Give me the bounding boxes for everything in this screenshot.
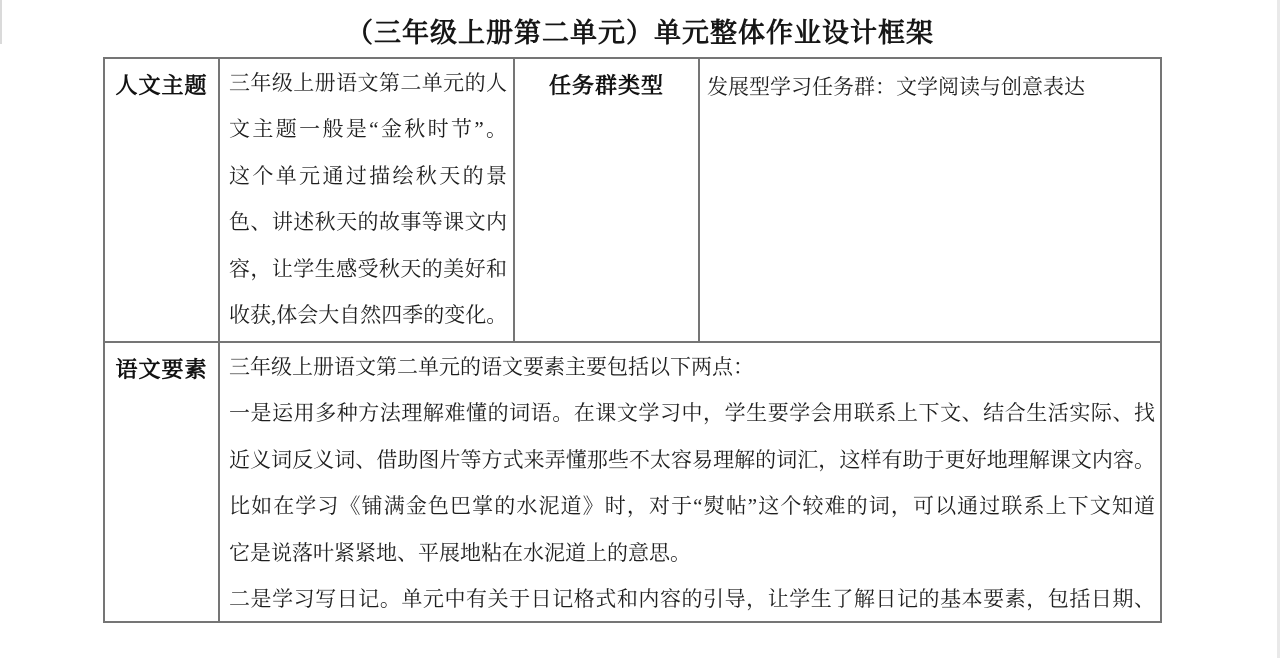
- text-line: 近义词反义词、借助图片等方式来弄懂那些不太容易理解的词汇，这样有助于更好地理解课…: [229, 437, 1155, 483]
- header-cell-task-group-type: 任务群类型: [513, 59, 698, 341]
- text-line: 它是说落叶紧紧地、平展地粘在水泥道上的意思。: [229, 530, 1155, 576]
- task-group-type-value-cell: 发展型学习任务群：文学阅读与创意表达: [698, 59, 1160, 341]
- text-line: 文主题一般是“金秋时节”。: [229, 106, 507, 152]
- text-line: 容，让学生感受秋天的美好和: [229, 246, 507, 292]
- text-line: 这个单元通过描绘秋天的景: [229, 153, 507, 199]
- unit-design-framework-table: 人文主题 三年级上册语文第二单元的人文主题一般是“金秋时节”。这个单元通过描绘秋…: [103, 57, 1162, 623]
- text-line: 三年级上册语文第二单元的人: [229, 60, 507, 106]
- table-row-chinese-elements: 语文要素 三年级上册语文第二单元的语文要素主要包括以下两点：一是运用多种方法理解…: [105, 341, 1160, 621]
- document-page: （三年级上册第二单元）单元整体作业设计框架 人文主题 三年级上册语文第二单元的人…: [0, 0, 1280, 658]
- header-cell-humanities-theme: 人文主题: [105, 59, 218, 341]
- header-cell-chinese-elements: 语文要素: [105, 343, 218, 621]
- task-group-type-value: 发展型学习任务群：文学阅读与创意表达: [707, 75, 1085, 99]
- chinese-elements-text-cell: 三年级上册语文第二单元的语文要素主要包括以下两点：一是运用多种方法理解难懂的词语…: [218, 343, 1160, 621]
- text-line: 二是学习写日记。单元中有关于日记格式和内容的引导，让学生了解日记的基本要素，包括…: [229, 576, 1155, 621]
- table-row-humanities-theme: 人文主题 三年级上册语文第二单元的人文主题一般是“金秋时节”。这个单元通过描绘秋…: [105, 59, 1160, 341]
- text-line: 三年级上册语文第二单元的语文要素主要包括以下两点：: [229, 344, 1155, 390]
- humanities-theme-text-cell: 三年级上册语文第二单元的人文主题一般是“金秋时节”。这个单元通过描绘秋天的景色、…: [218, 59, 513, 341]
- text-line: 比如在学习《铺满金色巴掌的水泥道》时，对于“熨帖”这个较难的词，可以通过联系上下…: [229, 483, 1155, 529]
- scan-edge-artifact-left: [0, 0, 2, 44]
- text-line: 收获,体会大自然四季的变化。: [229, 292, 507, 338]
- page-title: （三年级上册第二单元）单元整体作业设计框架: [0, 11, 1280, 50]
- text-line: 一是运用多种方法理解难懂的词语。在课文学习中，学生要学会用联系上下文、结合生活实…: [229, 390, 1155, 436]
- text-line: 色、讲述秋天的故事等课文内: [229, 199, 507, 245]
